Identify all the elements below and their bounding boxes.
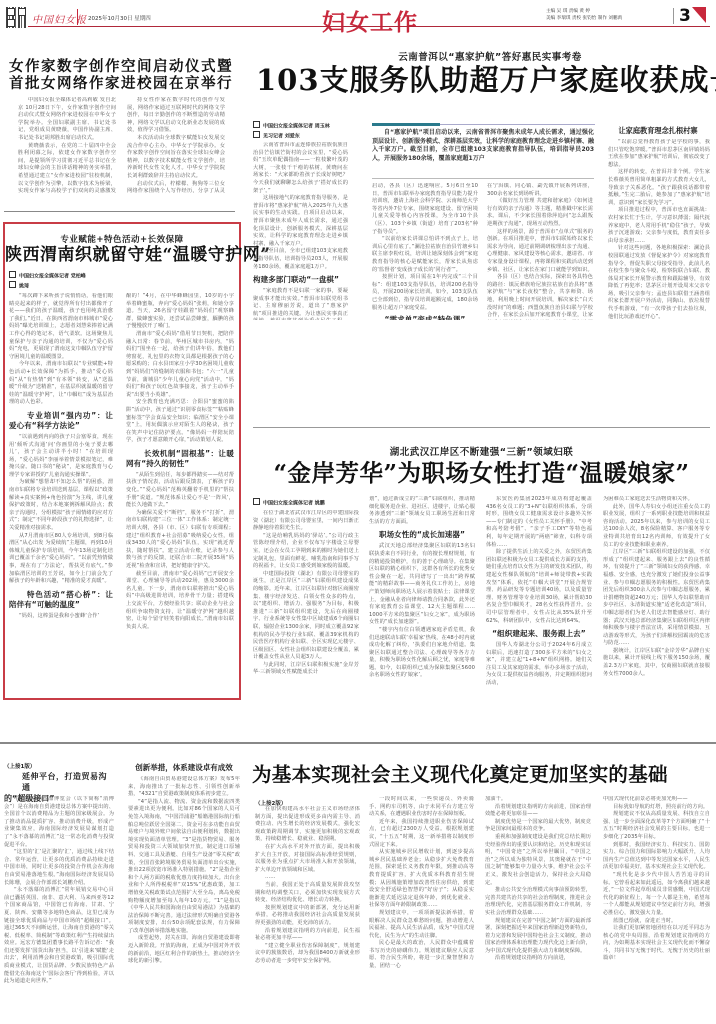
article2-title: 陕西渭南织就留守娃“温暖守护网” — [5, 245, 239, 265]
article4-col1: 在位于湖北省武汉市江岸区的中建国际投资（湖北）有限公司母婴室里，一间内日渐正静静… — [253, 510, 359, 732]
article2-subhead1: 专业培训“强内功”：让爱心有“科学方法论” — [9, 411, 113, 431]
article5-col2: 《海南自由贸易港建设总体方案》发布5年来，海南推出了一批标志性、引领性创新举措，… — [128, 776, 240, 1018]
article3-title: 103支服务队助超万户家庭收获成长 — [256, 63, 710, 97]
article1-bottom-rule — [4, 211, 235, 212]
article6-col2: 一段时间以来，一些快递员、外卖骑手、网约车司机等，由于未同平台方建立劳动关系，在… — [369, 796, 474, 1018]
masthead-rule — [28, 26, 710, 27]
article3-kicker: 云南普洱以“惠家护航”答好惠民实事考卷 — [300, 49, 680, 63]
article4-title: “金岸芳华”为职场女性打造“温暖娘家” — [253, 459, 710, 487]
page-number-divider — [673, 8, 674, 24]
article2-subhead2: 特色活动“搭心桥”：让陪伴有“可触的温度” — [9, 590, 113, 610]
lead-accent-rule — [440, 124, 595, 125]
corner-triangle-icon — [692, 7, 706, 23]
article2-col1: “每次蹲下来听孩子说悄悄话，看他们眼睛亮起来的样子，就觉得所有付出都像开了花——… — [9, 293, 113, 691]
article3-col1: 云南省普洱市孟连傣族拉祜族佤族自治县芒信镇芒街村的会议室里，“爱心妈妈”玉坎单配… — [253, 142, 348, 320]
section-separator — [0, 742, 716, 744]
article4-subhead1: 职场女性的“成长加速器” — [369, 530, 475, 540]
article2-subhead3: 长效机制“固根基”：让暖网有“持久的韧性” — [126, 449, 234, 469]
article3-bottom-rule — [253, 427, 710, 428]
byline-box-icon — [9, 281, 16, 288]
byline-box-icon — [253, 131, 260, 138]
article4-col3: 东贸医药集团2023年成功构建起覆盖436名女员工的“3+N”妇联组织体系，分项… — [486, 496, 592, 732]
article4-byline: 中国妇女报全媒体记者 姚鹏 — [253, 498, 325, 508]
byline-box-icon — [9, 271, 16, 278]
article4-col4: 为困难员工家庭送去生活物资和关怀。 此外，国华人寿妇女小组还注重女员工的职业发展… — [603, 496, 710, 732]
qr-code-icon — [6, 7, 27, 28]
article1-col1: 中国妇女报全媒体记者高莉敏 发自北京 10月28日下午，女作家数字创作空间启动仪… — [18, 97, 116, 193]
article6-col1: 在加快构建高水平社会主义市场经济体制方面，提出促进形成更多由内需主导、消费拉动、… — [255, 806, 360, 1018]
article3-subhead2: “需求单”变成“特色课” — [372, 315, 478, 320]
article5-subhead1: 创新举措，体系建设卓有成效 — [128, 762, 240, 774]
article4-kicker: 湖北武汉江岸区不断建强“三新”领域妇联 — [253, 444, 710, 458]
section-title: 妇女工作 — [322, 4, 418, 37]
article5-col1: 中国国际消费品博览会（以下简称“消博会”）是在海南自贸港建设总体方案中提出的、全… — [4, 796, 114, 1018]
article3-byline: 中国妇女报全媒体记者 周玉林 见习记者 刘爱东 — [253, 121, 330, 140]
article3-col2: 启动，各县（区）迅速响应。5月6日至10日，普洱市妇联举办家庭教育指导员能力提升… — [372, 183, 478, 320]
article6-col3: 加油干。 沿着规划建议指明的方向前进，国家治理效能必将更加彰显—— 制度优势是一… — [485, 796, 591, 1018]
article2-kicker: 专业赋能+特色活动+长效保障 — [3, 233, 241, 245]
article4-subhead2: “组织建起来、服务跟上去” — [486, 629, 592, 639]
article1-col2: 持女性作家在数字时代的创作与发展，网络作家通过互联网时代的网络文学创作，每日辛勤… — [127, 97, 225, 193]
article3-subhead1: 构建多部门联动“一盘棋” — [253, 275, 348, 285]
article6-col4: 中国式现代化前景必将更加光明—— 目标犹如导航的灯塔，照亮前行的方向。 规划建议… — [603, 796, 710, 1018]
article3-sidebar-title: 让家庭教育理念扎根村寨 — [608, 125, 708, 137]
editor-credits: 主编 吴 琪 责编 黄 婷 美编 李瑞琪 责校 张钧怡 制作 刘鹏禹 — [546, 9, 622, 22]
paper-name-logo: 中国妇女报 — [32, 11, 87, 26]
byline-box-icon — [253, 498, 260, 505]
lead-accent-bar — [372, 123, 440, 126]
article3-col4: “以前总觉得教育孩子是学校的事，我们只管吃饱穿暖。”普洱市思茅区南屏镇妈妈王欣在… — [608, 139, 710, 320]
article3-lead: 自“惠家护航”项目启动以来，云南省普洱市聚焦未成年人成长需求，通过强化顶层设计、… — [372, 129, 594, 163]
page-number: 3 — [679, 6, 691, 26]
article5-jump: （上接1版） — [4, 762, 35, 770]
article2-col2: 酿的！”4月，在中华蜂蜂园里，10岁的小宇举着蜂蜜瓶，奔向“爱心妈妈”张莉，和她… — [126, 293, 234, 691]
article1-title: 女作家数字创作空间启动仪式暨 首批女网络作家进校园在京举行 — [9, 58, 244, 92]
byline-box-icon — [253, 121, 260, 128]
article2-byline: 中国妇女报全媒体记者 党柏峰 姚琦 — [9, 271, 86, 290]
article4-col2: 划”，通过新成立的“三新”妇联组织，推动精细化服务进企业、进社区、进楼宇，让贴心… — [369, 496, 475, 732]
lead-bottom-rule — [372, 178, 594, 179]
article6-title: 为基本实现社会主义现代化奠定更加坚实的基础 — [252, 763, 712, 787]
masthead: 中国妇女报 2025年10月30日 星期四 妇女工作 主编 吴 琪 责编 黄 婷… — [0, 0, 716, 30]
article3-col3: 在宁洱镇、同心镇、勐先镇开展系列讲座，300余名家长到场听讲。 《做好压力管理 … — [487, 183, 593, 320]
issue-date: 2025年10月30日 星期四 — [88, 14, 151, 22]
masthead-divider — [77, 9, 78, 25]
